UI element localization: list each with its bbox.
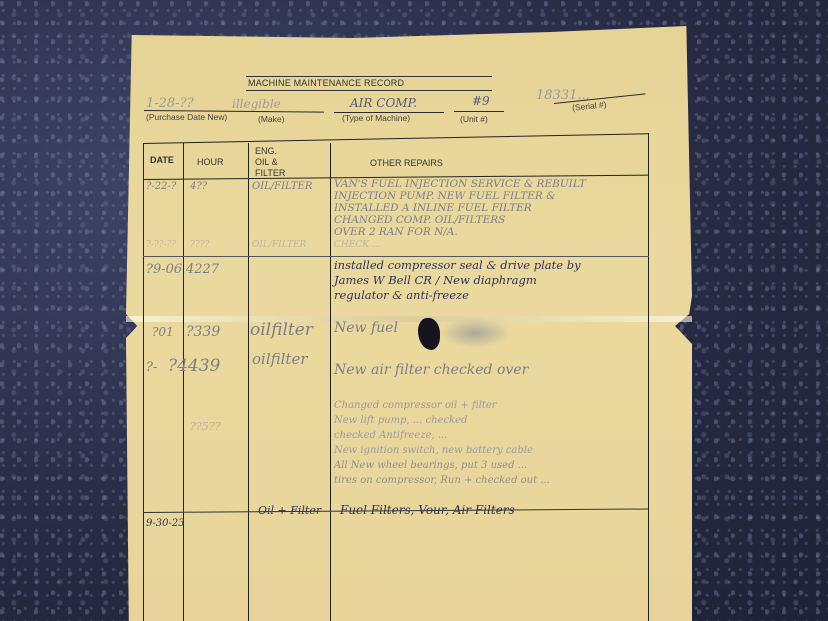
row6-oil-filter: Oil + Filter <box>258 504 321 517</box>
row4-hour: ?4439 <box>168 356 220 376</box>
unit-label: (Unit #) <box>460 114 488 124</box>
col-header-other-repairs: OTHER REPAIRS <box>370 158 443 168</box>
row0-date-text: ?-22-? <box>146 181 176 192</box>
row4-repairs: New air filter checked over <box>334 362 528 378</box>
title-rule-bottom <box>246 90 492 91</box>
row3-date: ?01 <box>152 325 174 339</box>
row1-oil-filter: OIL/FILTER <box>252 240 306 250</box>
row0-repair-line: INSTALLED A INLINE FUEL FILTER <box>334 202 586 214</box>
row0-repairs: VAN'S FUEL INJECTION SERVICE & REBUILT I… <box>334 178 586 238</box>
purchase-date-value: 1-28-?? <box>146 96 194 111</box>
row0-oil-filter: OIL/FILTER <box>252 181 312 192</box>
row3-oil-filter: oilfilter <box>250 320 313 340</box>
make-value: illegible <box>232 97 281 111</box>
paper-fold-tear <box>126 316 692 322</box>
col-header-eng-line2: OIL & <box>255 157 285 168</box>
row4-date: ?- <box>146 360 157 375</box>
row5-repairs: Changed compressor oil + filter New lift… <box>334 398 550 488</box>
row2-repairs: installed compressor seal & drive plate … <box>334 258 581 303</box>
hour-oil-divider <box>248 143 249 621</box>
col-header-eng-line1: ENG. <box>255 146 285 157</box>
row0-repair-line: INJECTION PUMP. NEW FUEL FILTER & <box>334 190 586 202</box>
row5-repair-line: New ignition switch, new battery cable <box>334 443 550 458</box>
row0-hour: 4?? <box>190 181 207 192</box>
unit-rule <box>454 111 504 112</box>
purchase-date-label: (Purchase Date New) <box>146 112 227 122</box>
col-header-hour: HOUR <box>197 157 224 167</box>
row1-hour: ???? <box>190 240 209 250</box>
row3-hour: ?339 <box>186 324 220 340</box>
col-header-eng-line3: FILTER <box>255 168 285 179</box>
title-rule-top <box>246 76 492 77</box>
col-header-eng-oil-filter: ENG. OIL & FILTER <box>255 146 285 179</box>
row5-repair-line: tires on compressor, Run + checked out .… <box>334 473 550 488</box>
row0-repair-line: OVER 2 RAN FOR N/A. <box>334 226 586 238</box>
row2-repair-line: James W Bell CR / New diaphragm <box>334 273 581 288</box>
row0-repair-line: VAN'S FUEL INJECTION SERVICE & REBUILT <box>334 178 586 190</box>
row5-repair-line: checked Antifreeze, ... <box>334 428 550 443</box>
row2-repair-line: regulator & anti-freeze <box>334 288 581 303</box>
row2-repair-line: installed compressor seal & drive plate … <box>334 258 581 273</box>
row5-repair-line: New lift pump, ... checked <box>334 413 550 428</box>
unit-value: #9 <box>472 94 490 108</box>
row5-hour: ??5?? <box>190 420 221 433</box>
table-left-border <box>143 143 144 621</box>
make-label: (Make) <box>258 114 284 124</box>
machine-type-label: (Type of Machine) <box>342 113 410 123</box>
row2-hour: 4227 <box>186 262 219 277</box>
row2-date: ?9-06 <box>146 262 182 277</box>
row1-date: ?-??-?? <box>146 240 176 250</box>
record-title: MACHINE MAINTENANCE RECORD <box>248 78 404 88</box>
row1-repairs: CHECK ... <box>334 240 380 250</box>
row4-oil-filter: oilfilter <box>252 350 308 368</box>
row3-repairs: New fuel <box>334 320 398 336</box>
row5-repair-line: All New wheel bearings, put 3 used ... <box>334 458 550 473</box>
machine-type-value: AIR COMP. <box>350 96 417 110</box>
table-right-border <box>648 133 649 621</box>
paper-smudge <box>440 318 510 348</box>
oil-repairs-divider <box>330 143 331 621</box>
col-header-date: DATE <box>150 155 174 165</box>
row6-date: 9-30-23 <box>146 518 185 529</box>
row6-repairs: Fuel Filters, Vour, Air Filters <box>340 503 515 517</box>
row5-repair-line: Changed compressor oil + filter <box>334 398 550 413</box>
date-hour-divider <box>183 143 184 621</box>
row-divider-1 <box>143 256 649 257</box>
row0-repair-line: CHANGED COMP. OIL/FILTERS <box>334 214 586 226</box>
